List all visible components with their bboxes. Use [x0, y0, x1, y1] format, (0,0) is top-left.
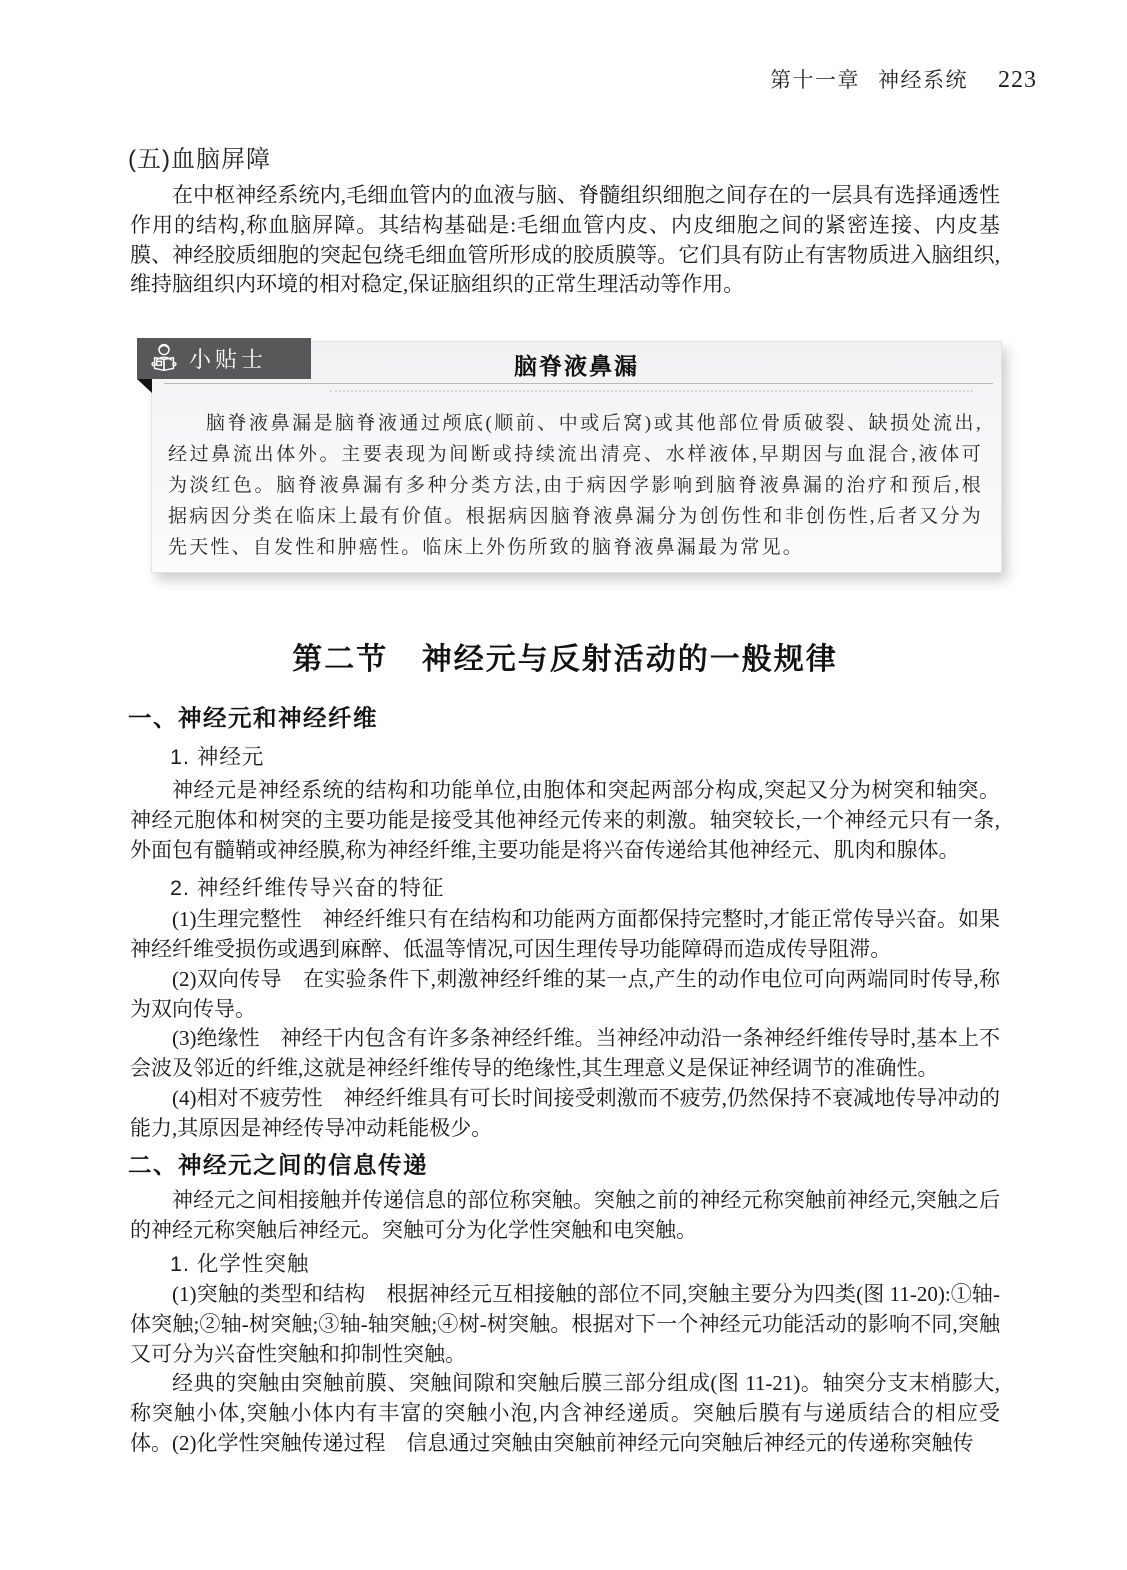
- tip-box-body: 脑脊液鼻漏是脑脊液通过颅底(顺前、中或后窝)或其他部位骨质破裂、缺损处流出,经过…: [168, 408, 983, 563]
- textbook-page: 第十一章 神经系统 223 (五)血脑屏障 在中枢神经系统内,毛细血管内的血液与…: [0, 0, 1127, 1570]
- running-head: 第十一章 神经系统 223: [770, 64, 1037, 94]
- paragraph-synapse-types: (1)突触的类型和结构 根据神经元互相接触的部位不同,突触主要分为四类(图 11…: [130, 1280, 1000, 1369]
- heading-blood-brain-barrier: (五)血脑屏障: [128, 139, 271, 174]
- heading-information-transfer: 二、神经元之间的信息传递: [128, 1146, 428, 1180]
- subheading-chemical-synapse: 1. 化学性突触: [170, 1247, 309, 1278]
- tip-box-dotted-divider: [330, 390, 973, 392]
- chapter-title: 神经系统: [878, 64, 968, 94]
- paragraph-relative-indefatigability: (4)相对不疲劳性 神经纤维具有可长时间接受刺激而不疲劳,仍然保持不衰减地传导冲…: [130, 1084, 1000, 1144]
- paragraph-synapse-intro: 神经元之间相接触并传递信息的部位称突触。突触之前的神经元称突触前神经元,突触之后…: [130, 1186, 1000, 1246]
- paragraph-neuron: 神经元是神经系统的结构和功能单位,由胞体和突起两部分构成,突起又分为树突和轴突。…: [130, 776, 1000, 865]
- chapter-label: 第十一章: [770, 64, 860, 94]
- section-title-text: 神经元与反射活动的一般规律: [422, 643, 838, 676]
- paragraph-synapse-transmission: (2)化学性突触传递过程 信息通过突触由突触前神经元向突触后神经元的传递称突触传: [130, 1429, 1000, 1459]
- subheading-neuron: 1. 神经元: [170, 740, 264, 771]
- tip-box-divider: [164, 383, 993, 384]
- tip-box-title: 脑脊液鼻漏: [152, 348, 1001, 381]
- paragraph-physiological-integrity: (1)生理完整性 神经纤维只有在结构和功能两方面都保持完整时,才能正常传导兴奋。…: [130, 905, 1000, 965]
- page-number: 223: [998, 67, 1037, 94]
- paragraph-bidirectional-conduction: (2)双向传导 在实验条件下,刺激神经纤维的某一点,产生的动作电位可向两端同时传…: [130, 965, 1000, 1025]
- section-title: 第二节 神经元与反射活动的一般规律: [130, 634, 1000, 678]
- tip-box: 小贴士 脑脊液鼻漏 脑脊液鼻漏是脑脊液通过颅底(顺前、中或后窝)或其他部位骨质破…: [151, 341, 1002, 573]
- subheading-fiber-conduction: 2. 神经纤维传导兴奋的特征: [170, 871, 444, 902]
- section-number: 第二节: [292, 643, 388, 676]
- paragraph-blood-brain-barrier: 在中枢神经系统内,毛细血管内的血液与脑、脊髓组织细胞之间存在的一层具有选择通透性…: [130, 181, 1000, 300]
- heading-neurons-and-fibers: 一、神经元和神经纤维: [128, 699, 378, 733]
- paragraph-insulation: (3)绝缘性 神经干内包含有许多条神经纤维。当神经冲动沿一条神经纤维传导时,基本…: [130, 1024, 1000, 1084]
- tip-box-fold-corner: [137, 379, 152, 393]
